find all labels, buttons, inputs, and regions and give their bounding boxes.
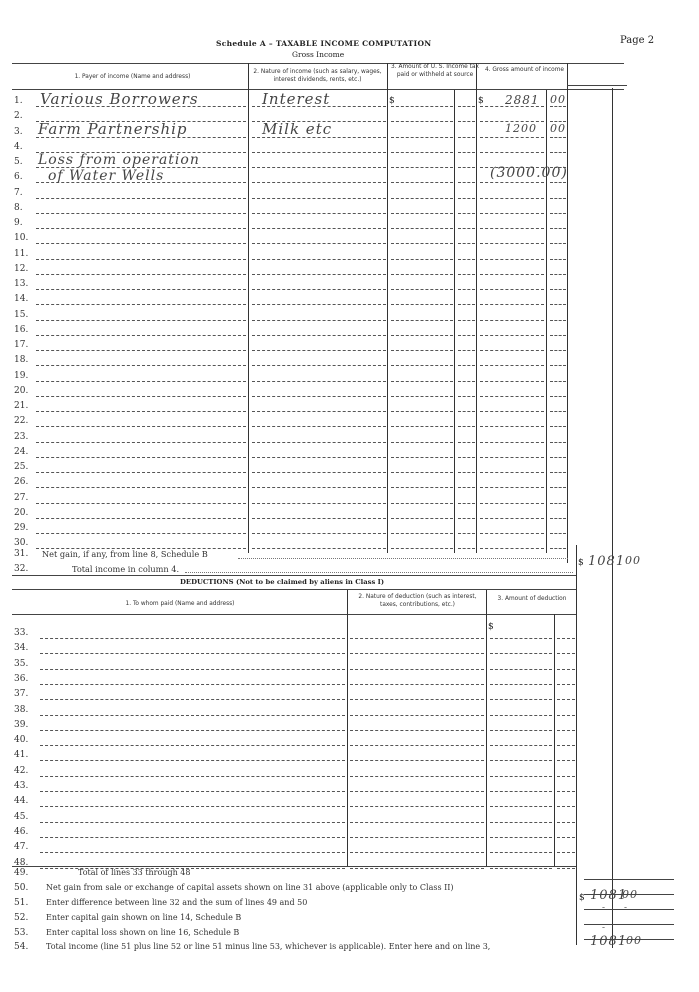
entry-field[interactable] <box>391 167 453 168</box>
entry-field[interactable] <box>557 715 575 716</box>
summary-label: Total income (line 51 plus line 52 or li… <box>46 942 490 951</box>
entry-field[interactable] <box>391 198 453 199</box>
entry-field[interactable] <box>391 457 453 458</box>
line-number: 26. <box>14 477 28 487</box>
entry-field[interactable] <box>36 487 246 488</box>
col-divider <box>454 90 455 553</box>
entry-field[interactable] <box>480 350 544 351</box>
entry-field[interactable] <box>550 289 566 290</box>
line-number: 23. <box>14 432 28 442</box>
entry-field[interactable] <box>550 274 566 275</box>
deductions-header-top <box>12 589 576 590</box>
entry-field[interactable] <box>252 152 386 153</box>
entry-field[interactable] <box>480 548 544 549</box>
entry-field[interactable] <box>40 806 345 807</box>
entry-field[interactable] <box>550 503 566 504</box>
entry-field[interactable] <box>40 791 345 792</box>
col-divider <box>567 63 568 563</box>
entry-field[interactable] <box>36 381 246 382</box>
entry-field[interactable] <box>550 320 566 321</box>
entry-field[interactable] <box>36 335 246 336</box>
line-number: 4. <box>14 142 23 152</box>
entry-field[interactable] <box>36 289 246 290</box>
summary-top <box>12 866 576 867</box>
entry-field[interactable] <box>490 760 552 761</box>
line52-cents[interactable]: - <box>624 903 628 913</box>
entry-field[interactable] <box>36 213 246 214</box>
line-number: 20. <box>14 386 28 396</box>
entry-field[interactable] <box>458 152 475 153</box>
line-number: 38. <box>14 705 28 715</box>
entry-field[interactable] <box>252 228 386 229</box>
entry-field[interactable] <box>557 669 575 670</box>
entry-field[interactable] <box>458 457 475 458</box>
line32-amount[interactable]: 1081 <box>588 554 625 569</box>
header-top-rule <box>12 63 624 64</box>
line1-cents[interactable]: 00 <box>550 93 566 106</box>
entry-field[interactable] <box>458 381 475 382</box>
entry-field[interactable] <box>550 426 566 427</box>
line-number: 12. <box>14 264 28 274</box>
entry-field[interactable] <box>480 442 544 443</box>
line-number: 27. <box>14 493 28 503</box>
entry-field[interactable] <box>557 806 575 807</box>
entry-field[interactable] <box>480 320 544 321</box>
entry-field[interactable] <box>550 259 566 260</box>
amount-field[interactable] <box>584 924 674 925</box>
entry-field[interactable] <box>480 518 544 519</box>
entry-field[interactable] <box>458 472 475 473</box>
summary-label: Enter capital loss shown on line 16, Sch… <box>46 928 239 937</box>
entry-field[interactable] <box>480 259 544 260</box>
line32-dollar: $ <box>578 558 584 568</box>
entry-field[interactable] <box>557 776 575 777</box>
entry-field[interactable] <box>36 198 246 199</box>
entry-field[interactable] <box>36 533 246 534</box>
entry-field[interactable] <box>458 518 475 519</box>
entry-field[interactable] <box>40 669 345 670</box>
entry-field[interactable] <box>40 730 345 731</box>
entry-field[interactable] <box>252 198 386 199</box>
entry-field[interactable] <box>252 182 386 183</box>
entry-field[interactable] <box>391 426 453 427</box>
line1-payer[interactable]: Various Borrowers <box>40 90 199 108</box>
entry-field[interactable] <box>391 548 453 549</box>
entry-field[interactable] <box>550 137 566 138</box>
entry-field[interactable] <box>458 350 475 351</box>
line31-number: 31. <box>14 549 28 559</box>
line-number: 47. <box>14 842 28 852</box>
entry-field[interactable] <box>252 472 386 473</box>
entry-field[interactable] <box>557 822 575 823</box>
entry-field[interactable] <box>36 503 246 504</box>
entry-field[interactable] <box>557 791 575 792</box>
entry-field[interactable] <box>252 442 386 443</box>
line54-amount[interactable]: 1081 <box>590 934 627 949</box>
entry-field[interactable] <box>391 350 453 351</box>
line6-payer[interactable]: of Water Wells <box>48 168 164 184</box>
entry-field[interactable] <box>550 228 566 229</box>
entry-field[interactable] <box>252 487 386 488</box>
entry-field[interactable] <box>550 198 566 199</box>
entry-field[interactable] <box>40 653 345 654</box>
entry-field[interactable] <box>490 745 552 746</box>
line1-nature[interactable]: Interest <box>262 90 330 108</box>
entry-field[interactable] <box>36 457 246 458</box>
entry-field[interactable] <box>36 472 246 473</box>
col-payer-header: 1. Payer of income (Name and address) <box>20 73 245 81</box>
line3-amount[interactable]: 1200 <box>505 122 537 135</box>
entry-field[interactable] <box>458 213 475 214</box>
entry-field[interactable] <box>550 548 566 549</box>
entry-field[interactable] <box>350 852 484 853</box>
entry-field[interactable] <box>252 518 386 519</box>
entry-field[interactable] <box>391 243 453 244</box>
entry-field[interactable] <box>391 121 453 122</box>
entry-field[interactable] <box>557 745 575 746</box>
entry-field[interactable] <box>550 442 566 443</box>
entry-field[interactable] <box>391 472 453 473</box>
entry-field[interactable] <box>458 243 475 244</box>
entry-field[interactable] <box>458 274 475 275</box>
entry-field[interactable] <box>252 243 386 244</box>
line32-cents[interactable]: 00 <box>625 554 641 567</box>
entry-field[interactable] <box>252 533 386 534</box>
entry-field[interactable] <box>252 548 386 549</box>
line6-amount[interactable]: (3000.00) <box>490 165 568 181</box>
entry-field[interactable] <box>550 335 566 336</box>
entry-field[interactable] <box>458 442 475 443</box>
entry-field[interactable] <box>350 806 484 807</box>
entry-field[interactable] <box>391 152 453 153</box>
line52-amount[interactable]: - <box>602 903 606 913</box>
entry-field[interactable] <box>458 426 475 427</box>
entry-field[interactable] <box>350 653 484 654</box>
line-number: 49. <box>14 868 28 878</box>
entry-field[interactable] <box>480 365 544 366</box>
entry-field[interactable] <box>480 274 544 275</box>
entry-field[interactable] <box>350 715 484 716</box>
entry-field[interactable] <box>550 411 566 412</box>
entry-field[interactable] <box>480 503 544 504</box>
line51-cents[interactable]: 00 <box>622 888 638 901</box>
entry-field[interactable] <box>458 304 475 305</box>
entry-field[interactable] <box>550 518 566 519</box>
entry-field[interactable] <box>557 699 575 700</box>
entry-field[interactable] <box>391 106 453 107</box>
entry-field[interactable] <box>550 350 566 351</box>
entry-field[interactable] <box>391 137 453 138</box>
entry-field[interactable] <box>550 487 566 488</box>
entry-field[interactable] <box>350 822 484 823</box>
entry-field[interactable] <box>458 198 475 199</box>
entry-field[interactable] <box>480 381 544 382</box>
entry-field[interactable] <box>36 274 246 275</box>
entry-field[interactable] <box>40 715 345 716</box>
entry-field[interactable] <box>550 381 566 382</box>
line-number: 25. <box>14 462 28 472</box>
entry-field[interactable] <box>350 669 484 670</box>
entry-field[interactable] <box>350 837 484 838</box>
entry-field[interactable] <box>391 442 453 443</box>
line54-cents[interactable]: 00 <box>626 934 642 947</box>
entry-field[interactable] <box>480 457 544 458</box>
entry-field[interactable] <box>36 396 246 397</box>
entry-field[interactable] <box>252 365 386 366</box>
entry-field[interactable] <box>490 699 552 700</box>
entry-field[interactable] <box>458 167 475 168</box>
entry-field[interactable] <box>252 320 386 321</box>
entry-field[interactable] <box>36 411 246 412</box>
entry-field[interactable] <box>458 228 475 229</box>
line5-payer[interactable]: Loss from operation <box>38 152 200 168</box>
line31-label: Net gain, if any, from line 8, Schedule … <box>42 549 208 559</box>
entry-field[interactable] <box>36 350 246 351</box>
line-number: 13. <box>14 279 28 289</box>
entry-field[interactable] <box>252 381 386 382</box>
entry-field[interactable] <box>252 350 386 351</box>
line-number: 46. <box>14 827 28 837</box>
entry-field[interactable] <box>36 228 246 229</box>
line3-payer[interactable]: Farm Partnership <box>38 120 188 138</box>
entry-field[interactable] <box>550 243 566 244</box>
line-number: 9. <box>14 218 23 228</box>
entry-field[interactable] <box>391 518 453 519</box>
line-number: 40. <box>14 735 28 745</box>
entry-field[interactable] <box>36 304 246 305</box>
entry-field[interactable] <box>350 730 484 731</box>
amount-field[interactable] <box>584 879 674 880</box>
entry-field[interactable] <box>557 653 575 654</box>
entry-field[interactable] <box>480 304 544 305</box>
entry-field[interactable] <box>350 791 484 792</box>
summary-label: Enter capital gain shown on line 14, Sch… <box>46 913 241 922</box>
entry-field[interactable] <box>550 304 566 305</box>
entry-field[interactable] <box>458 121 475 122</box>
line3-nature[interactable]: Milk etc <box>262 120 332 138</box>
line-number: 10. <box>14 233 28 243</box>
entry-field[interactable] <box>550 365 566 366</box>
entry-field[interactable] <box>252 335 386 336</box>
entry-field[interactable] <box>480 152 544 153</box>
entry-field[interactable] <box>480 533 544 534</box>
entry-field[interactable] <box>36 518 246 519</box>
entry-field[interactable] <box>557 760 575 761</box>
entry-field[interactable] <box>252 411 386 412</box>
entry-field[interactable] <box>252 289 386 290</box>
entry-field[interactable] <box>252 396 386 397</box>
entry-field[interactable] <box>557 837 575 838</box>
entry-field[interactable] <box>391 304 453 305</box>
entry-field[interactable] <box>391 411 453 412</box>
entry-field[interactable] <box>40 699 345 700</box>
entry-field[interactable] <box>36 259 246 260</box>
entry-field[interactable] <box>550 182 566 183</box>
line-number: 11. <box>14 249 28 259</box>
entry-field[interactable] <box>550 533 566 534</box>
entry-field[interactable] <box>458 533 475 534</box>
entry-field[interactable] <box>458 503 475 504</box>
entry-field[interactable] <box>391 274 453 275</box>
entry-field[interactable] <box>557 852 575 853</box>
entry-field[interactable] <box>557 684 575 685</box>
entry-field[interactable] <box>36 365 246 366</box>
col-divider <box>387 63 388 553</box>
entry-field[interactable] <box>490 669 552 670</box>
entry-field[interactable] <box>458 365 475 366</box>
entry-field[interactable] <box>391 213 453 214</box>
col-nature-header: 2. Nature of income (such as salary, wag… <box>250 68 385 83</box>
ded-col-amount-header: 3. Amount of deduction <box>488 595 576 603</box>
entry-field[interactable] <box>458 396 475 397</box>
entry-field[interactable] <box>391 533 453 534</box>
entry-field[interactable] <box>480 335 544 336</box>
line-number: 19. <box>14 371 28 381</box>
entry-field[interactable] <box>391 487 453 488</box>
entry-field[interactable] <box>391 228 453 229</box>
entry-field[interactable] <box>391 259 453 260</box>
entry-field[interactable] <box>480 213 544 214</box>
entry-field[interactable] <box>480 411 544 412</box>
entry-field[interactable] <box>458 548 475 549</box>
entry-field[interactable] <box>557 730 575 731</box>
line-number: 37. <box>14 689 28 699</box>
entry-field[interactable] <box>490 868 552 869</box>
line-number: 18. <box>14 355 28 365</box>
entry-field[interactable] <box>557 638 575 639</box>
entry-field[interactable] <box>350 745 484 746</box>
entry-field[interactable] <box>490 638 552 639</box>
line-number: 41. <box>14 750 28 760</box>
entry-field[interactable] <box>490 730 552 731</box>
line-number: 34. <box>14 643 28 653</box>
amount-field[interactable] <box>584 909 674 910</box>
entry-field[interactable] <box>490 684 552 685</box>
entry-field[interactable] <box>252 274 386 275</box>
entry-field[interactable] <box>490 791 552 792</box>
entry-field[interactable] <box>490 776 552 777</box>
entry-field[interactable] <box>490 653 552 654</box>
entry-field[interactable] <box>391 381 453 382</box>
entry-field[interactable] <box>557 868 575 869</box>
line1-amount[interactable]: 2881 <box>505 93 540 107</box>
entry-field[interactable] <box>550 457 566 458</box>
entry-field[interactable] <box>252 259 386 260</box>
entry-field[interactable] <box>252 503 386 504</box>
line-number: 14. <box>14 294 28 304</box>
line-number: 45. <box>14 812 28 822</box>
entry-field[interactable] <box>480 228 544 229</box>
entry-field[interactable] <box>550 396 566 397</box>
entry-field[interactable] <box>550 152 566 153</box>
entry-field[interactable] <box>391 182 453 183</box>
entry-field[interactable] <box>350 699 484 700</box>
entry-field[interactable] <box>36 442 246 443</box>
entry-field[interactable] <box>480 426 544 427</box>
entry-field[interactable] <box>36 426 246 427</box>
line-number: 52. <box>14 913 28 923</box>
entry-field[interactable] <box>458 487 475 488</box>
entry-field[interactable] <box>480 198 544 199</box>
entry-field[interactable] <box>480 243 544 244</box>
entry-field[interactable] <box>458 411 475 412</box>
entry-field[interactable] <box>40 852 345 853</box>
entry-field[interactable] <box>550 106 566 107</box>
entry-field[interactable] <box>490 806 552 807</box>
entry-field[interactable] <box>391 335 453 336</box>
entry-field[interactable] <box>36 320 246 321</box>
entry-field[interactable] <box>40 776 345 777</box>
entry-field[interactable] <box>252 304 386 305</box>
entry-field[interactable] <box>252 457 386 458</box>
line-number: 35. <box>14 659 28 669</box>
line-number: 36. <box>14 674 28 684</box>
entry-field[interactable] <box>252 213 386 214</box>
entry-field[interactable] <box>458 335 475 336</box>
entry-field[interactable] <box>550 472 566 473</box>
line53-amount[interactable]: - <box>602 923 606 933</box>
entry-field[interactable] <box>458 137 475 138</box>
entry-field[interactable] <box>490 837 552 838</box>
entry-field[interactable] <box>350 684 484 685</box>
entry-field[interactable] <box>40 822 345 823</box>
entry-field[interactable] <box>350 776 484 777</box>
right-col-top <box>567 85 627 86</box>
entry-field[interactable] <box>391 320 453 321</box>
entry-field[interactable] <box>458 320 475 321</box>
entry-field[interactable] <box>480 289 544 290</box>
entry-field[interactable] <box>252 167 386 168</box>
deductions-title: DEDUCTIONS (Not to be claimed by aliens … <box>180 578 384 586</box>
entry-field[interactable] <box>550 213 566 214</box>
entry-field[interactable] <box>480 182 544 183</box>
entry-field[interactable] <box>490 852 552 853</box>
line-number: 6. <box>14 172 23 182</box>
entry-field[interactable] <box>252 426 386 427</box>
entry-field[interactable] <box>40 638 345 639</box>
entry-field[interactable] <box>391 289 453 290</box>
entry-field[interactable] <box>391 396 453 397</box>
entry-field[interactable] <box>458 259 475 260</box>
line-number: 17. <box>14 340 28 350</box>
entry-field[interactable] <box>40 837 345 838</box>
entry-field[interactable] <box>458 289 475 290</box>
entry-field[interactable] <box>480 472 544 473</box>
section-subtitle: Gross Income <box>292 50 344 59</box>
entry-field[interactable] <box>490 822 552 823</box>
entry-field[interactable] <box>480 396 544 397</box>
line-number: 5. <box>14 157 23 167</box>
entry-field[interactable] <box>36 243 246 244</box>
entry-field[interactable] <box>350 638 484 639</box>
entry-field[interactable] <box>350 760 484 761</box>
entry-field[interactable] <box>40 745 345 746</box>
line1-gross-dollar: $ <box>478 96 484 106</box>
entry-field[interactable] <box>490 715 552 716</box>
entry-field[interactable] <box>391 503 453 504</box>
entry-field[interactable] <box>458 106 475 107</box>
entry-field[interactable] <box>40 760 345 761</box>
entry-field[interactable] <box>458 182 475 183</box>
entry-field[interactable] <box>40 684 345 685</box>
entry-field[interactable] <box>391 365 453 366</box>
line3-cents[interactable]: 00 <box>550 122 566 135</box>
entry-field[interactable] <box>350 868 484 869</box>
entry-field[interactable] <box>480 487 544 488</box>
col-divider <box>554 614 555 866</box>
line32-underline <box>12 575 576 576</box>
entry-field[interactable] <box>480 137 544 138</box>
